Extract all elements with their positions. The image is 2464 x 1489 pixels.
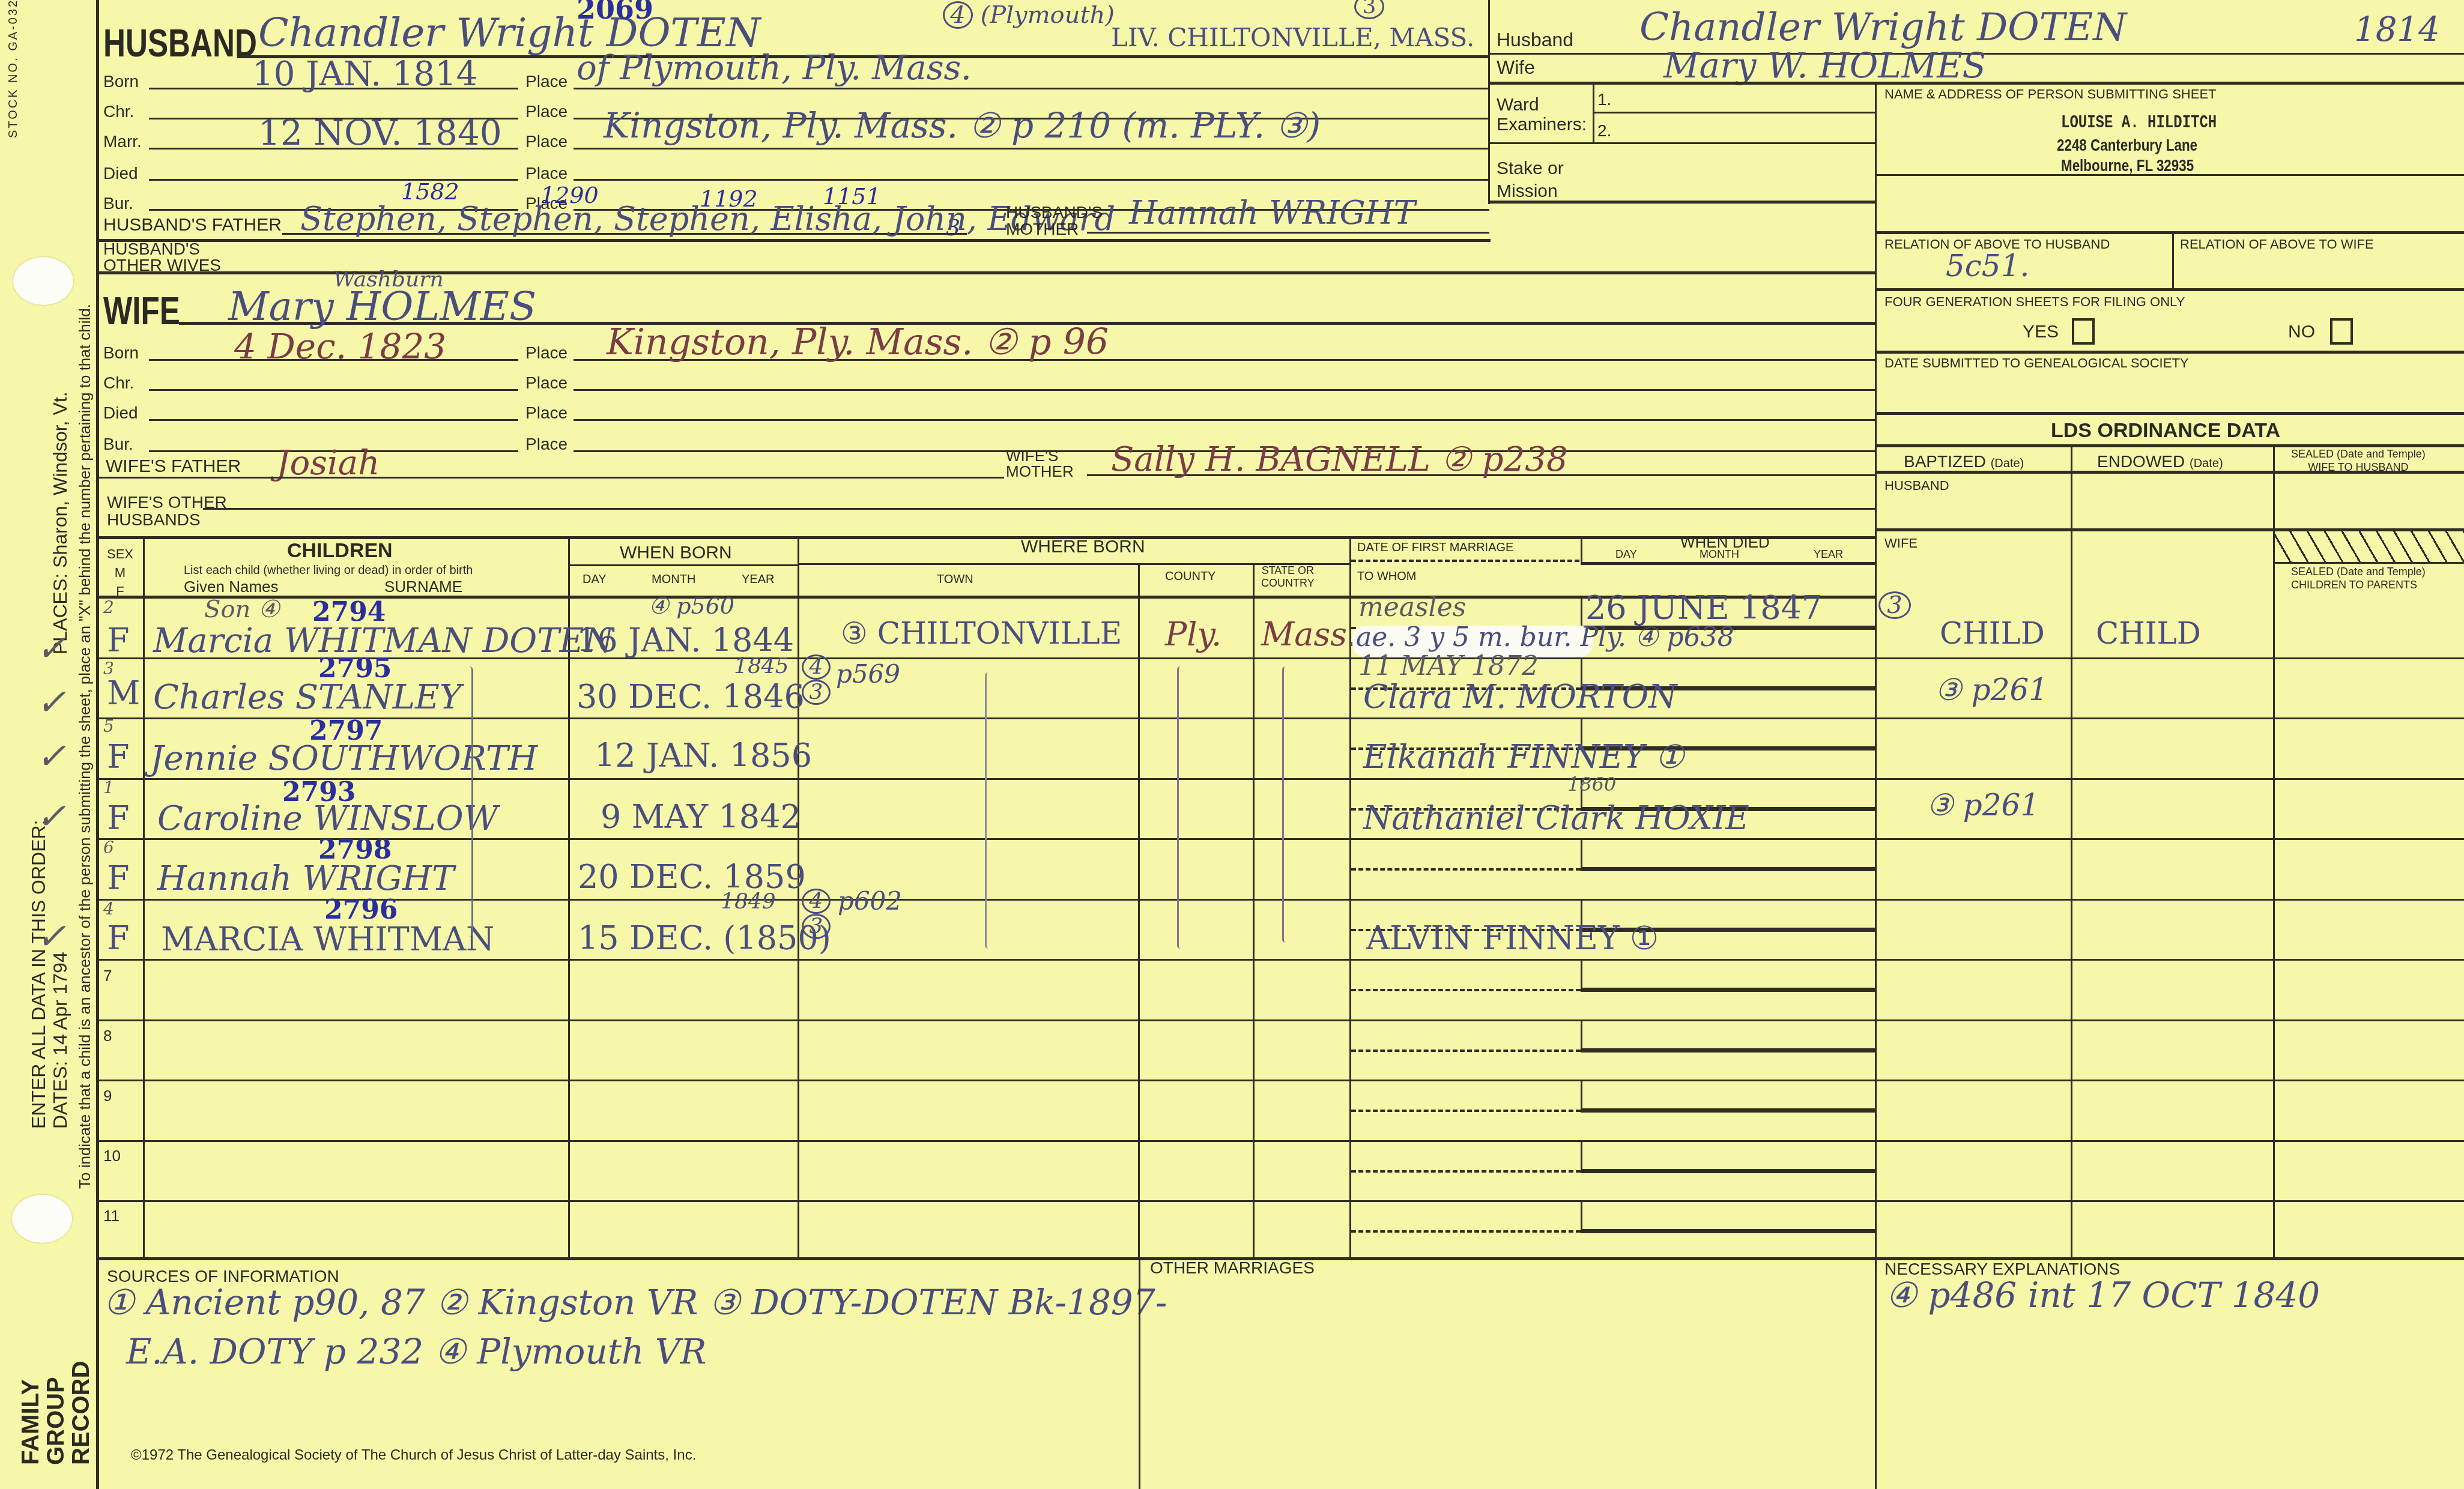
divider <box>1876 288 2464 291</box>
lds-endowed-child-1[interactable]: CHILD <box>2096 618 2201 648</box>
marriage-date-dash <box>1351 989 1581 991</box>
divider <box>569 564 798 566</box>
child-died-date[interactable]: 26 JUNE 1847 <box>1585 592 1822 624</box>
submitter-name: LOUISE A. HILDITCH <box>2061 114 2217 132</box>
divider <box>1876 174 2464 176</box>
dash-divider <box>1351 560 1579 562</box>
child-sex[interactable]: M <box>107 677 140 710</box>
wife-born-date[interactable]: 4 Dec. 1823 <box>234 329 446 364</box>
yes-label: YES <box>2023 323 2059 341</box>
field-line <box>574 179 1489 181</box>
divider <box>1876 231 2464 234</box>
husband-heading: HUSBAND <box>103 24 257 62</box>
divider <box>1489 142 1876 144</box>
ditto-mark <box>985 672 991 949</box>
lds-baptized-child-1-text[interactable]: CHILD <box>1940 618 2045 648</box>
wife-bur-label: Bur. <box>103 436 133 453</box>
child-born-date[interactable]: 20 DEC. 1859 <box>578 861 806 893</box>
divider <box>1488 0 1490 204</box>
divider <box>2172 232 2174 289</box>
child-born-note: 1849 <box>721 891 776 913</box>
child-number: 7 <box>103 968 112 983</box>
child-sex[interactable]: F <box>107 862 129 895</box>
child-sex[interactable]: F <box>107 922 129 955</box>
divider <box>1594 112 1876 113</box>
wife-born-place-label: Place <box>525 345 568 361</box>
divider <box>97 239 1491 242</box>
child-born-date[interactable]: 12 JAN. 1856 <box>595 740 812 772</box>
submitter-address-1: 2248 Canterbury Lane <box>2057 137 2197 154</box>
wife-born-label: Born <box>103 345 139 361</box>
index-wife-label: Wife <box>1497 58 1535 77</box>
husband-born-label: Born <box>103 73 139 90</box>
divider <box>1489 82 2464 85</box>
wife-name[interactable]: Mary HOLMES <box>228 287 536 327</box>
husband-chr-place-label: Place <box>525 103 568 120</box>
divider <box>2071 445 2072 1257</box>
divider <box>1876 471 2464 474</box>
divider <box>2274 562 2464 564</box>
lds-row-divider <box>1876 899 2464 901</box>
field-line <box>574 389 1875 391</box>
died-date-line <box>1581 1169 1875 1173</box>
source-page: p602 <box>838 889 902 914</box>
died-date-line <box>1581 1108 1875 1113</box>
husband-chr-label: Chr. <box>103 103 134 120</box>
child-number: 9 <box>103 1088 112 1104</box>
died-divider <box>1581 1080 1582 1110</box>
index-husband-name[interactable]: Chandler Wright DOTEN <box>1639 8 2126 47</box>
child-name[interactable]: Jennie SOUTHWORTH <box>150 742 537 776</box>
died-divider <box>1581 1019 1582 1050</box>
surname-header: SURNAME <box>384 579 462 594</box>
lds-baptized-child-2[interactable]: ③ p261 <box>1935 675 2048 705</box>
wife-heading: WIFE <box>103 292 180 330</box>
date-submitted-label: DATE SUBMITTED TO GENEALOGICAL SOCIETY <box>1884 357 2189 370</box>
submitter-label: NAME & ADDRESS OF PERSON SUBMITTING SHEE… <box>1884 88 2217 101</box>
husband-marriage-date[interactable]: 12 NOV. 1840 <box>258 115 502 150</box>
marriage-date-dash <box>1351 1170 1581 1173</box>
field-line <box>574 148 1489 150</box>
husband-marr-label: Marr. <box>103 133 142 150</box>
check-mark-icon: ✓ <box>36 630 66 666</box>
wife-died-label: Died <box>103 405 138 421</box>
row-divider <box>97 1140 1875 1142</box>
endowed-header: ENDOWED (Date) <box>2097 453 2223 470</box>
explanations-text[interactable]: ④ p486 int 17 OCT 1840 <box>1886 1278 2320 1312</box>
day-header: DAY <box>583 573 607 585</box>
col-divider <box>1581 537 1582 564</box>
wife-other-husbands-label: WIFE'S OTHERHUSBANDS <box>107 494 227 529</box>
wife-chr-place-label: Place <box>525 375 568 391</box>
ditto-mark <box>1177 666 1184 949</box>
children-header: CHILDREN <box>287 540 393 561</box>
died-date-line <box>1581 867 1875 871</box>
submitter-address-2: Melbourne, FL 32935 <box>2061 157 2194 174</box>
index-husband-label: Husband <box>1497 30 1573 49</box>
frame-left-border <box>96 0 99 1489</box>
lds-row-divider <box>1876 1140 2464 1142</box>
where-born-header: WHERE BORN <box>1021 538 1145 556</box>
index-wife-name[interactable]: Mary W. HOLMES <box>1663 48 1986 83</box>
husband-father-name[interactable]: Stephen, Stephen, Stephen, Elisha, John,… <box>300 203 1115 235</box>
child-born-note: 1845 <box>734 656 789 677</box>
child-number: 4 <box>103 901 114 917</box>
no-label: NO <box>2288 323 2315 341</box>
husband-bur-label: Bur. <box>103 195 133 212</box>
field-line <box>203 508 1875 510</box>
marriage-date-dash <box>1351 1110 1581 1112</box>
right-column-divider <box>1875 82 1877 1489</box>
given-names-header: Given Names <box>184 579 279 594</box>
hatched-area <box>2274 531 2464 562</box>
child-sex[interactable]: F <box>107 741 129 773</box>
relation-wife-label: RELATION OF ABOVE TO WIFE <box>2180 238 2374 251</box>
child-spouse[interactable]: Clara M. MORTON <box>1363 681 1677 713</box>
husband-born-place[interactable]: of Plymouth, Ply. Mass. <box>577 52 972 85</box>
col-divider <box>1138 564 1140 1258</box>
examiner-2-label: 2. <box>1597 122 1611 139</box>
sealed-children-parents-header: SEALED (Date and Temple)CHILDREN TO PARE… <box>2291 566 2426 591</box>
lds-row-divider <box>1876 717 2464 719</box>
wife-mother-label: WIFE'SMOTHER <box>1006 448 1074 479</box>
yes-checkbox[interactable] <box>2072 318 2095 345</box>
husband-marriage-place[interactable]: Kingston, Ply. Mass. ② p 210 (m. PLY. ③) <box>604 108 1321 143</box>
punch-hole-top <box>13 257 73 305</box>
died-date-line <box>1581 988 1875 992</box>
lds-baptized-child-4[interactable]: ③ p261 <box>1927 790 2039 820</box>
wife-bur-place-label: Place <box>525 436 568 453</box>
other-marriages-label: OTHER MARRIAGES <box>1150 1260 1315 1276</box>
husband-other-wives-label: HUSBAND'SOTHER WIVES <box>103 241 221 273</box>
child-spouse[interactable]: Nathaniel Clark HOXIE <box>1363 802 1749 835</box>
child-born-date[interactable]: 9 MAY 1842 <box>601 801 801 833</box>
died-divider <box>1581 1140 1582 1170</box>
child-death-cause[interactable]: measles <box>1358 594 1466 621</box>
index-husband-year[interactable]: 1814 <box>2354 13 2440 47</box>
child-born-date[interactable]: 16 JAN. 1844 <box>577 624 794 657</box>
to-whom-header: TO WHOM <box>1357 570 1417 582</box>
child-number: 11 <box>103 1208 120 1224</box>
divider <box>1876 351 2464 354</box>
husband-marr-place-label: Place <box>525 133 568 150</box>
child-id: 2796 <box>324 897 398 923</box>
state-header: STATE ORCOUNTRY <box>1261 564 1315 589</box>
source-page: p569 <box>836 662 900 687</box>
lds-title: LDS ORDINANCE DATA <box>2051 420 2280 441</box>
child-note: Son ④ <box>204 597 280 621</box>
examiner-1-label: 1. <box>1597 91 1611 108</box>
marriage-date-dash <box>1351 1050 1581 1052</box>
wife-mother-name[interactable]: Sally H. BAGNELL ② p238 <box>1111 443 1568 477</box>
field-line <box>574 419 1875 421</box>
source-ref: 43 <box>802 889 831 939</box>
divider <box>2273 445 2275 1257</box>
husband-residence-source: 3 <box>1354 0 1384 19</box>
row-divider <box>97 1080 1875 1081</box>
lds-baptized-child-1[interactable]: 3 <box>1878 591 1911 619</box>
wife-father-label: WIFE'S FATHER <box>106 458 241 476</box>
source-ref: 43 <box>802 654 831 705</box>
lds-wife-label: WIFE <box>1884 537 1918 550</box>
when-born-header: WHEN BORN <box>620 544 732 562</box>
child-number: 8 <box>103 1028 112 1044</box>
stock-number: STOCK NO. GA-032 <box>7 0 19 138</box>
child-death-note[interactable]: ae. 3 y 5 m. bur. Ply. ④ p638 <box>1356 624 1734 651</box>
wife-born-place[interactable]: Kingston, Ply. Mass. ② p 96 <box>607 324 1109 360</box>
child-sex[interactable]: F <box>107 624 129 657</box>
row-divider <box>97 1019 1875 1021</box>
ancestor-instruction: To indicate that a child is an ancestor … <box>77 304 92 1189</box>
col-divider <box>143 537 145 1258</box>
child-number: 1 <box>103 779 114 796</box>
child-name[interactable]: Caroline WINSLOW <box>157 802 498 836</box>
child-county[interactable]: Ply. <box>1165 618 1221 651</box>
punch-hole-bottom <box>12 1195 72 1243</box>
year-header: YEAR <box>742 573 774 585</box>
husband-born-place-label: Place <box>525 73 568 90</box>
no-checkbox[interactable] <box>2330 318 2353 345</box>
died-month-header: MONTH <box>1700 549 1739 560</box>
lds-row-divider <box>1876 657 2464 659</box>
check-mark-icon: ✓ <box>36 919 66 955</box>
child-spouse[interactable]: Elkanah FINNEY ① <box>1363 741 1684 773</box>
stake-mission-label: Stake orMission <box>1497 157 1564 202</box>
divider <box>1489 201 1876 204</box>
husband-residence: LIV. CHILTONVILLE, MASS. <box>1111 25 1474 50</box>
husband-died-place-label: Place <box>525 165 568 182</box>
child-state[interactable]: Mass. <box>1261 618 1357 651</box>
child-born-date[interactable]: 30 DEC. 1846 <box>577 681 805 713</box>
sealed-wife-husband-header: SEALED (Date and Temple)WIFE TO HUSBAND <box>2291 448 2426 474</box>
lds-row-divider <box>1876 959 2464 961</box>
died-day-header: DAY <box>1615 549 1637 560</box>
ditto-bracket <box>465 666 473 937</box>
sex-header: SEXMF <box>102 545 138 600</box>
lds-row-divider <box>1876 778 2464 780</box>
field-line <box>1087 232 1489 234</box>
child-number: 10 <box>103 1148 121 1164</box>
sources-line-2[interactable]: E.A. DOTY p 232 ④ Plymouth VR <box>126 1334 706 1369</box>
field-line <box>149 389 518 391</box>
lds-row-divider <box>1876 1080 2464 1081</box>
divider <box>1139 1257 1140 1489</box>
first-marriage-header: DATE OF FIRST MARRIAGE <box>1357 542 1513 554</box>
family-group-record-title: FAMILYGROUPRECORD <box>18 1361 94 1465</box>
row-divider <box>97 1200 1875 1202</box>
check-mark-icon: ✓ <box>36 738 66 775</box>
died-year-header: YEAR <box>1814 549 1843 560</box>
child-marriage-date[interactable]: 1860 <box>1567 775 1616 794</box>
husband-born-date[interactable]: 10 JAN. 1814 <box>252 58 477 91</box>
husband-plymouth-note: 4 (Plymouth) <box>943 1 1115 29</box>
wife-name-annotation: Washburn <box>333 269 444 291</box>
marriage-date-dash <box>1351 1230 1581 1233</box>
husband-id-number: 2069 <box>577 0 653 23</box>
husband-father-label: HUSBAND'S FATHER <box>103 216 282 234</box>
ward-examiners-label: WardExaminers: <box>1497 95 1587 134</box>
child-born-date[interactable]: 15 DEC. (1850) <box>578 922 831 955</box>
child-marriage-date[interactable]: 11 MAY 1872 <box>1358 653 1539 680</box>
month-header: MONTH <box>652 573 695 585</box>
relation-husband-value[interactable]: 5c51. <box>1946 251 2029 281</box>
marriage-date-dash <box>1351 868 1581 871</box>
row-divider <box>97 959 1875 961</box>
child-spouse[interactable]: ALVIN FINNEY ① <box>1366 922 1659 955</box>
children-subheader: List each child (whether living or dead)… <box>184 564 473 576</box>
child-number: 6 <box>103 839 114 856</box>
died-date-line <box>1581 1048 1875 1053</box>
field-line <box>574 88 1489 89</box>
col-divider <box>798 537 799 1258</box>
field-line <box>97 477 1004 479</box>
died-date-line <box>1581 1229 1875 1233</box>
county-header: COUNTY <box>1165 570 1215 582</box>
wife-died-place-label: Place <box>525 405 568 421</box>
husband-mother-name[interactable]: Hannah WRIGHT <box>1129 197 1415 229</box>
husband-died-label: Died <box>103 165 138 182</box>
divider <box>1581 562 1875 565</box>
lds-husband-label: HUSBAND <box>1884 479 1949 492</box>
died-divider <box>1581 959 1582 989</box>
died-divider <box>1581 1200 1582 1230</box>
child-name[interactable]: MARCIA WHITMAN <box>161 923 494 956</box>
dates-format-note: DATES: 14 Apr 1794 <box>50 952 70 1129</box>
lds-row-divider <box>1876 1200 2464 1202</box>
child-number: 2 <box>103 599 114 616</box>
copyright-notice: ©1972 The Genealogical Society of The Ch… <box>131 1448 696 1463</box>
child-name[interactable]: Hannah WRIGHT <box>157 862 454 896</box>
places-format-note: PLACES: Sharon, Windsor, Vt. <box>50 391 70 654</box>
child-sex[interactable]: F <box>107 802 129 835</box>
four-gen-label: FOUR GENERATION SHEETS FOR FILING ONLY <box>1884 295 2185 309</box>
wife-father-name[interactable]: Josiah <box>276 447 380 480</box>
child-name[interactable]: Charles STANLEY <box>153 681 462 714</box>
lds-row-divider <box>1876 1019 2464 1021</box>
divider <box>1876 444 2464 447</box>
town-header: TOWN <box>937 573 973 585</box>
child-town[interactable]: ③ CHILTONVILLE <box>841 618 1122 648</box>
ditto-mark <box>1282 666 1289 943</box>
check-mark-icon: ✓ <box>36 684 66 720</box>
field-line <box>149 419 518 421</box>
child-number: 5 <box>103 718 114 735</box>
divider <box>1876 412 2464 415</box>
check-mark-icon: ✓ <box>36 799 66 835</box>
died-divider <box>1581 838 1582 868</box>
lds-row-divider <box>1876 838 2464 840</box>
sources-line-1[interactable]: ① Ancient p90, 87 ② Kingston VR ③ DOTY-D… <box>103 1285 1167 1320</box>
field-line <box>149 179 518 181</box>
child-born-note: ④ p560 <box>649 594 734 617</box>
baptized-header: BAPTIZED (Date) <box>1904 453 2024 470</box>
enter-data-instruction: ENTER ALL DATA IN THIS ORDER: <box>29 820 48 1129</box>
wife-chr-label: Chr. <box>103 375 134 391</box>
husband-name[interactable]: Chandler Wright DOTEN <box>258 13 761 53</box>
col-divider <box>1253 564 1255 1258</box>
